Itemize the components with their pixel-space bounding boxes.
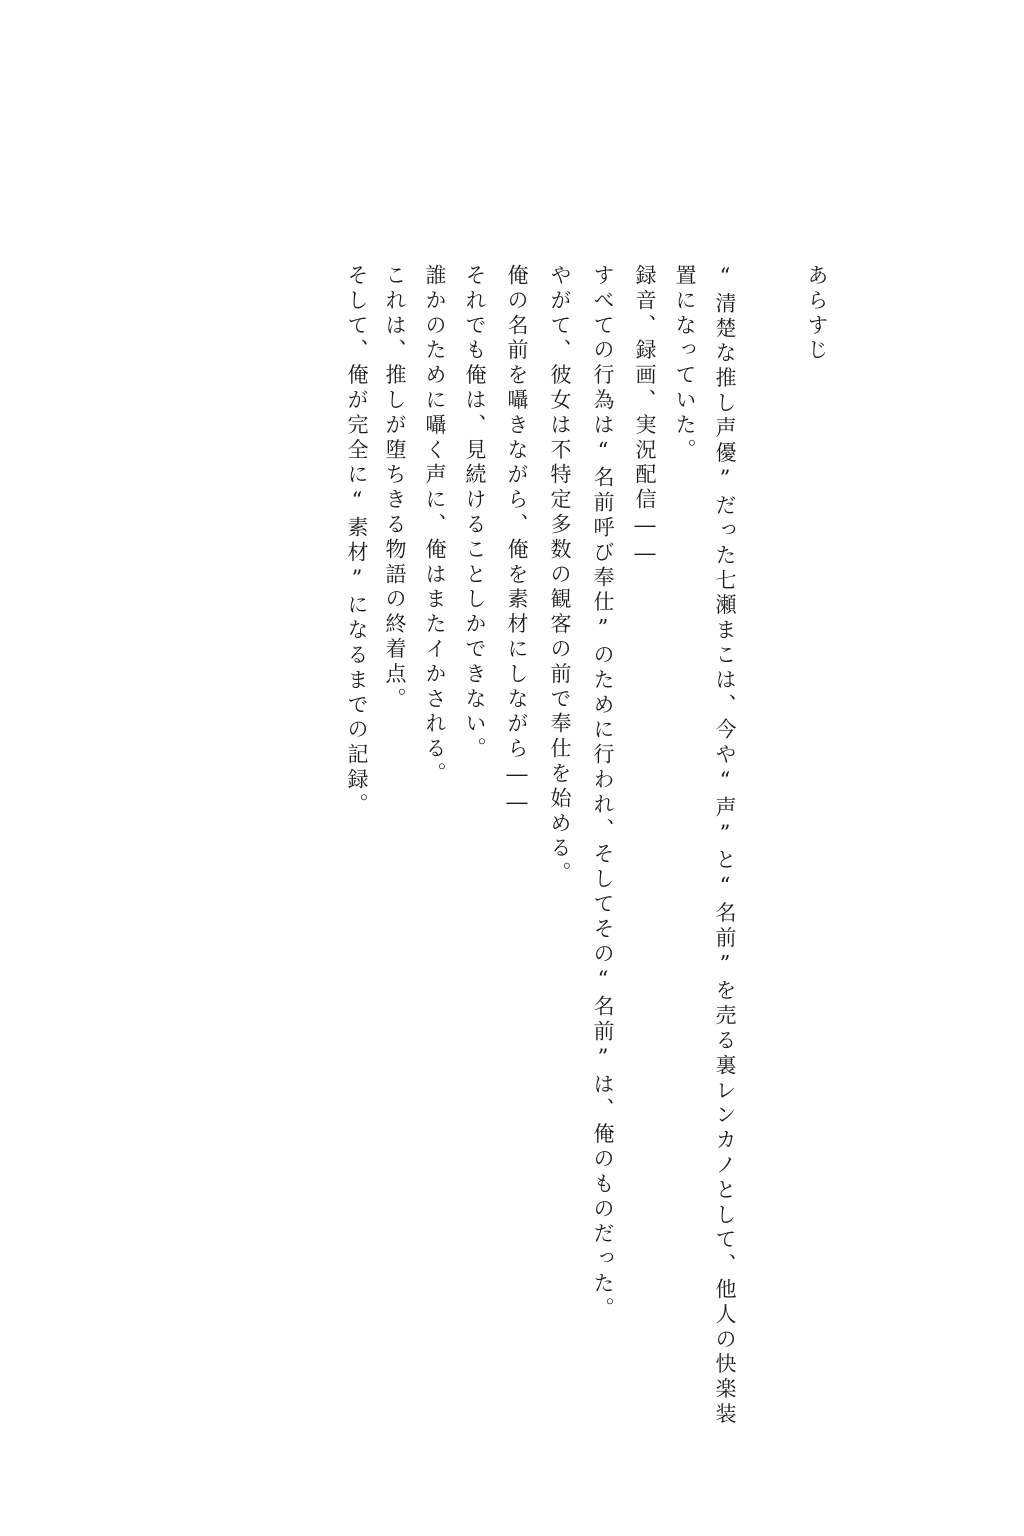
synopsis-line-10: そして、俺が完全に“素材”になるまでの記録。 bbox=[346, 264, 368, 818]
synopsis-line-4: すべての行為は“名前呼び奉仕”のために行われ、そしてその“名前”は、俺のものだっ… bbox=[592, 264, 614, 1322]
synopsis-line-9: これは、推しが堕ちきる物語の終着点。 bbox=[384, 264, 406, 712]
synopsis-line-1: “清楚な推し声優”だった七瀬まこは、今や“声”と“名前”を売る裏レンカノとして、… bbox=[714, 264, 736, 1427]
synopsis-line-7: それでも俺は、見続けることしかできない。 bbox=[464, 264, 486, 762]
synopsis-heading: あらすじ bbox=[806, 264, 828, 364]
synopsis-line-3: 録音、録画、実況配信―― bbox=[634, 264, 656, 569]
synopsis-line-5: やがて、彼女は不特定多数の観客の前で奉仕を始める。 bbox=[549, 264, 571, 887]
synopsis-line-2: 置になっていた。 bbox=[674, 264, 696, 463]
synopsis-line-6: 俺の名前を囁きながら、俺を素材にしながら―― bbox=[506, 264, 528, 818]
synopsis-line-8: 誰かのために囁く声に、俺はまたイかされる。 bbox=[424, 264, 446, 787]
synopsis-page: あらすじ “清楚な推し声優”だった七瀬まこは、今や“声”と“名前”を売る裏レンカ… bbox=[0, 0, 1024, 1536]
